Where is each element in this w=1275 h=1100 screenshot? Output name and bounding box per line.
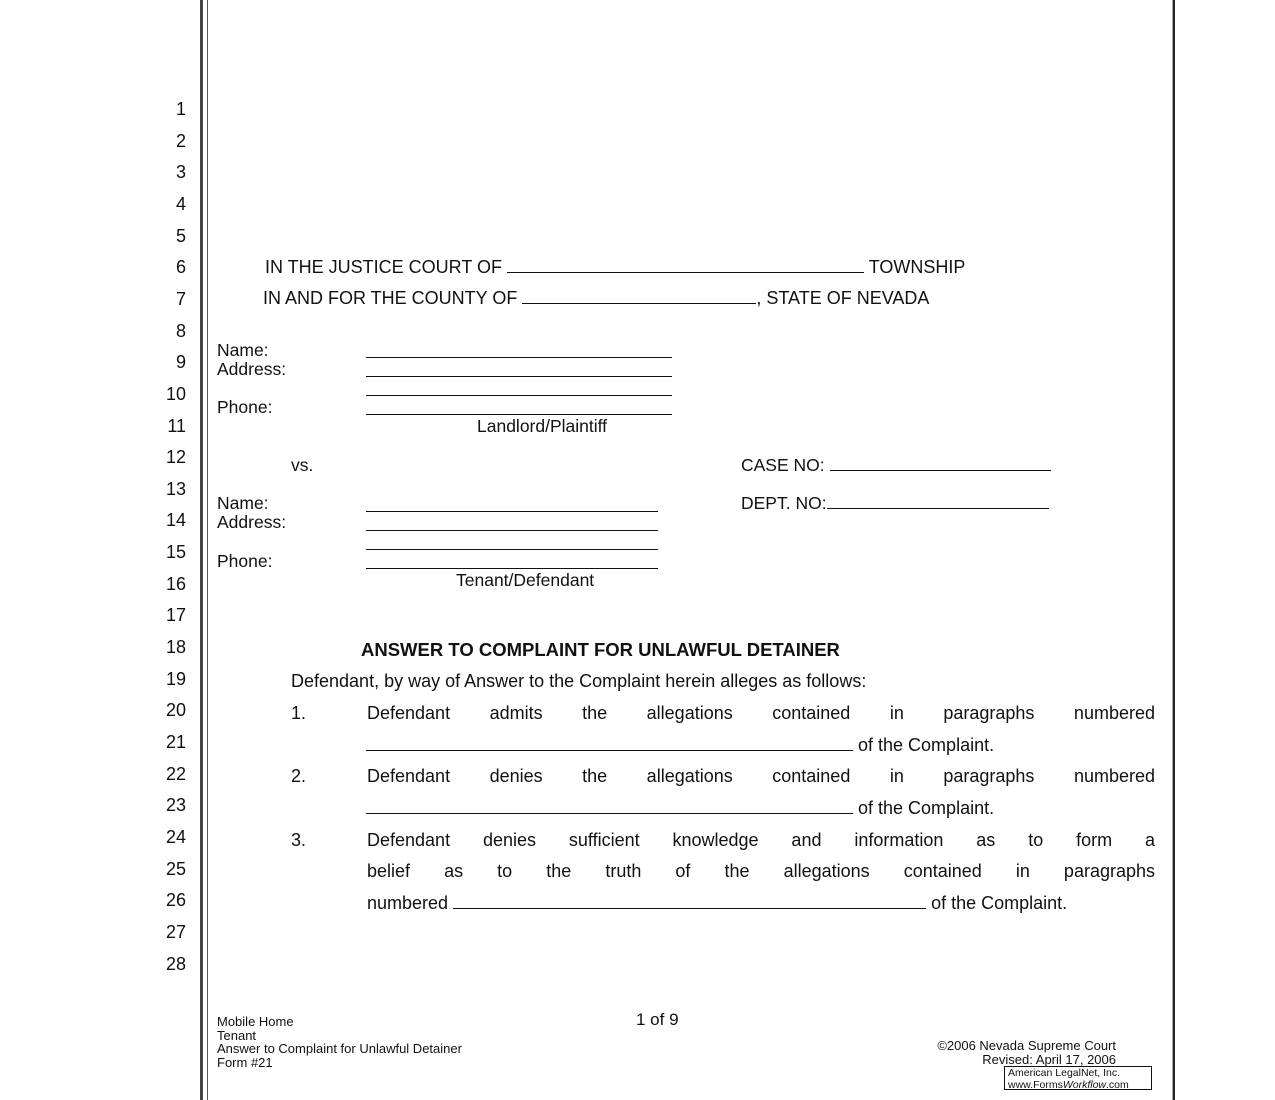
dept-no-field[interactable] — [827, 507, 1049, 509]
line-number: 17 — [150, 605, 186, 626]
item-3-paragraphs-field[interactable] — [453, 907, 926, 909]
line-number: 22 — [150, 764, 186, 785]
plaintiff-phone-field[interactable] — [366, 414, 672, 415]
item-2-suffix: of the Complaint. — [858, 798, 994, 818]
case-no-label: CASE NO: — [741, 455, 825, 475]
item-1-blank-line: of the Complaint. — [366, 735, 994, 756]
vendor-url-tld: .com — [1106, 1079, 1129, 1091]
dept-no-label: DEPT. NO: — [741, 493, 827, 513]
defendant-name-label: Name: — [217, 493, 269, 514]
footer-revised: Revised: April 17, 2006 — [885, 1053, 1116, 1067]
item-1-text: Defendant admits the allegations contain… — [367, 703, 1155, 724]
line-number: 3 — [150, 162, 186, 183]
item-2-text: Defendant denies the allegations contain… — [367, 766, 1155, 787]
line-number: 26 — [150, 890, 186, 911]
item-1-paragraphs-field[interactable] — [366, 749, 853, 751]
item-3-number: 3. — [291, 830, 306, 851]
line-number: 16 — [150, 574, 186, 595]
plaintiff-name-label: Name: — [217, 340, 269, 361]
defendant-phone-label: Phone: — [217, 551, 272, 572]
defendant-address-field-1[interactable] — [366, 530, 658, 531]
line-number: 18 — [150, 637, 186, 658]
line-number: 2 — [150, 131, 186, 152]
line-number: 19 — [150, 669, 186, 690]
line-number: 6 — [150, 257, 186, 278]
versus-label: vs. — [291, 455, 313, 476]
pleading-border-right — [1172, 0, 1175, 1100]
line-number: 10 — [150, 384, 186, 405]
court-prefix: IN THE JUSTICE COURT OF — [265, 257, 502, 277]
line-number: 12 — [150, 447, 186, 468]
plaintiff-address-field-2[interactable] — [366, 395, 672, 396]
court-suffix: TOWNSHIP — [869, 257, 966, 277]
line-number: 9 — [150, 352, 186, 373]
item-3-text-line2: belief as to the truth of the allegation… — [367, 861, 1155, 882]
line-number: 11 — [150, 416, 186, 437]
plaintiff-name-field[interactable] — [366, 357, 672, 358]
line-number: 27 — [150, 922, 186, 943]
county-suffix: , STATE OF NEVADA — [756, 288, 929, 308]
item-3-blank-line: numbered of the Complaint. — [367, 893, 1067, 914]
footer-left: Mobile Home Tenant Answer to Complaint f… — [217, 1015, 462, 1069]
pleading-border-left-thick — [200, 0, 203, 1100]
document-title: ANSWER TO COMPLAINT FOR UNLAWFUL DETAINE… — [361, 639, 840, 661]
item-3-text-line1: Defendant denies sufficient knowledge an… — [367, 830, 1155, 851]
defendant-name-field[interactable] — [366, 511, 658, 512]
vendor-url[interactable]: www.FormsWorkflow.com — [1008, 1080, 1151, 1092]
case-no-field[interactable] — [830, 469, 1051, 471]
case-no-line: CASE NO: — [741, 455, 1051, 476]
defendant-address-field-2[interactable] — [366, 549, 658, 550]
county-prefix: IN AND FOR THE COUNTY OF — [263, 288, 517, 308]
footer-form-title: Answer to Complaint for Unlawful Detaine… — [217, 1042, 462, 1056]
line-number: 8 — [150, 321, 186, 342]
line-number: 13 — [150, 479, 186, 500]
line-number: 28 — [150, 954, 186, 975]
item-1-suffix: of the Complaint. — [858, 735, 994, 755]
footer-party: Tenant — [217, 1029, 462, 1043]
defendant-address-label: Address: — [217, 512, 286, 533]
item-1-number: 1. — [291, 703, 306, 724]
court-line: IN THE JUSTICE COURT OF TOWNSHIP — [265, 257, 965, 278]
item-2-paragraphs-field[interactable] — [366, 812, 853, 814]
item-3-prefix: numbered — [367, 893, 448, 913]
line-number: 5 — [150, 226, 186, 247]
township-field[interactable] — [507, 271, 864, 273]
footer-form-number: Form #21 — [217, 1056, 462, 1070]
plaintiff-phone-label: Phone: — [217, 397, 272, 418]
defendant-phone-field[interactable] — [366, 568, 658, 569]
line-number: 23 — [150, 795, 186, 816]
line-number: 1 — [150, 99, 186, 120]
line-number: 7 — [150, 289, 186, 310]
item-3-suffix: of the Complaint. — [931, 893, 1067, 913]
line-number: 20 — [150, 700, 186, 721]
defendant-role: Tenant/Defendant — [456, 570, 594, 591]
plaintiff-role: Landlord/Plaintiff — [477, 416, 607, 437]
intro-paragraph: Defendant, by way of Answer to the Compl… — [291, 671, 866, 692]
line-number: 24 — [150, 827, 186, 848]
item-2-blank-line: of the Complaint. — [366, 798, 994, 819]
vendor-url-part: www.Forms — [1008, 1079, 1063, 1091]
plaintiff-address-field-1[interactable] — [366, 376, 672, 377]
pleading-border-left-thin — [207, 0, 208, 1100]
line-number: 4 — [150, 194, 186, 215]
page-number: 1 of 9 — [636, 1010, 679, 1030]
footer-right: ©2006 Nevada Supreme Court Revised: Apri… — [885, 1039, 1116, 1066]
county-field[interactable] — [522, 302, 756, 304]
line-number: 21 — [150, 732, 186, 753]
footer-category: Mobile Home — [217, 1015, 462, 1029]
county-line: IN AND FOR THE COUNTY OF , STATE OF NEVA… — [263, 288, 929, 309]
vendor-url-italic: Workflow — [1063, 1079, 1106, 1091]
footer-copyright: ©2006 Nevada Supreme Court — [885, 1039, 1116, 1053]
vendor-box: American LegalNet, Inc. www.FormsWorkflo… — [1004, 1066, 1152, 1090]
plaintiff-address-label: Address: — [217, 359, 286, 380]
line-number: 14 — [150, 510, 186, 531]
line-number: 15 — [150, 542, 186, 563]
line-number: 25 — [150, 859, 186, 880]
dept-no-line: DEPT. NO: — [741, 493, 1049, 514]
item-2-number: 2. — [291, 766, 306, 787]
